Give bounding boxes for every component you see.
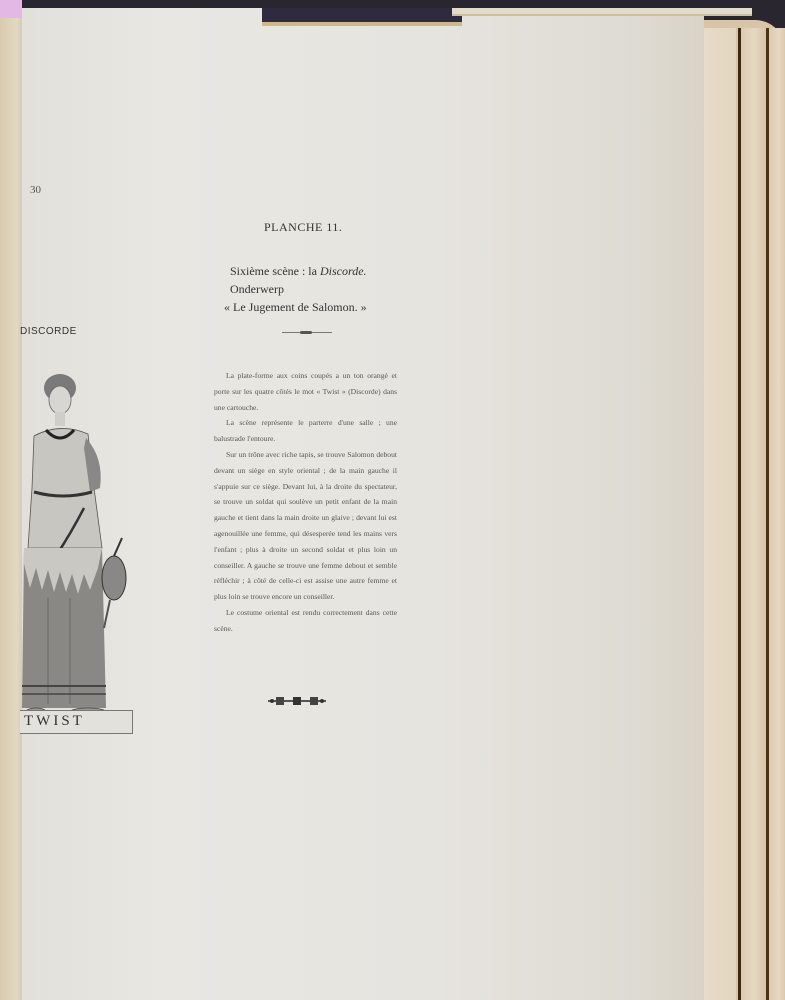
plate-title: PLANCHE 11. bbox=[264, 220, 342, 235]
page-stack-layer bbox=[702, 28, 736, 1000]
subtitle-text: Sixième scène : la bbox=[230, 264, 320, 278]
scene-subtitle: Sixième scène : la Discorde. Onderwerp «… bbox=[230, 262, 400, 316]
page-stack-layer bbox=[738, 28, 767, 1000]
divider-ornament bbox=[282, 332, 332, 333]
paragraph: La plate-forme aux coins coupés a un ton… bbox=[214, 368, 397, 415]
subtitle-italic: Discorde. bbox=[320, 264, 367, 278]
page-number: 30 bbox=[30, 184, 41, 196]
end-ornament bbox=[268, 697, 326, 705]
paragraph: La scène représente le parterre d'une sa… bbox=[214, 415, 397, 447]
torn-edge bbox=[262, 8, 462, 26]
discorde-illustration bbox=[18, 368, 138, 738]
side-label: DISCORDE bbox=[20, 326, 77, 337]
subtitle-text: Onderwerp bbox=[230, 282, 284, 296]
paragraph: Sur un trône avec riche tapis, se trouve… bbox=[214, 447, 397, 605]
illustration-caption: TWIST bbox=[24, 713, 85, 730]
body-text: La plate-forme aux coins coupés a un ton… bbox=[214, 368, 397, 637]
paragraph: Le costume oriental est rendu correcteme… bbox=[214, 605, 397, 637]
torn-edge bbox=[452, 8, 752, 16]
subtitle-line-2: « Le Jugement de Salomon. » bbox=[224, 298, 400, 316]
page-stack-layer bbox=[766, 28, 785, 1000]
